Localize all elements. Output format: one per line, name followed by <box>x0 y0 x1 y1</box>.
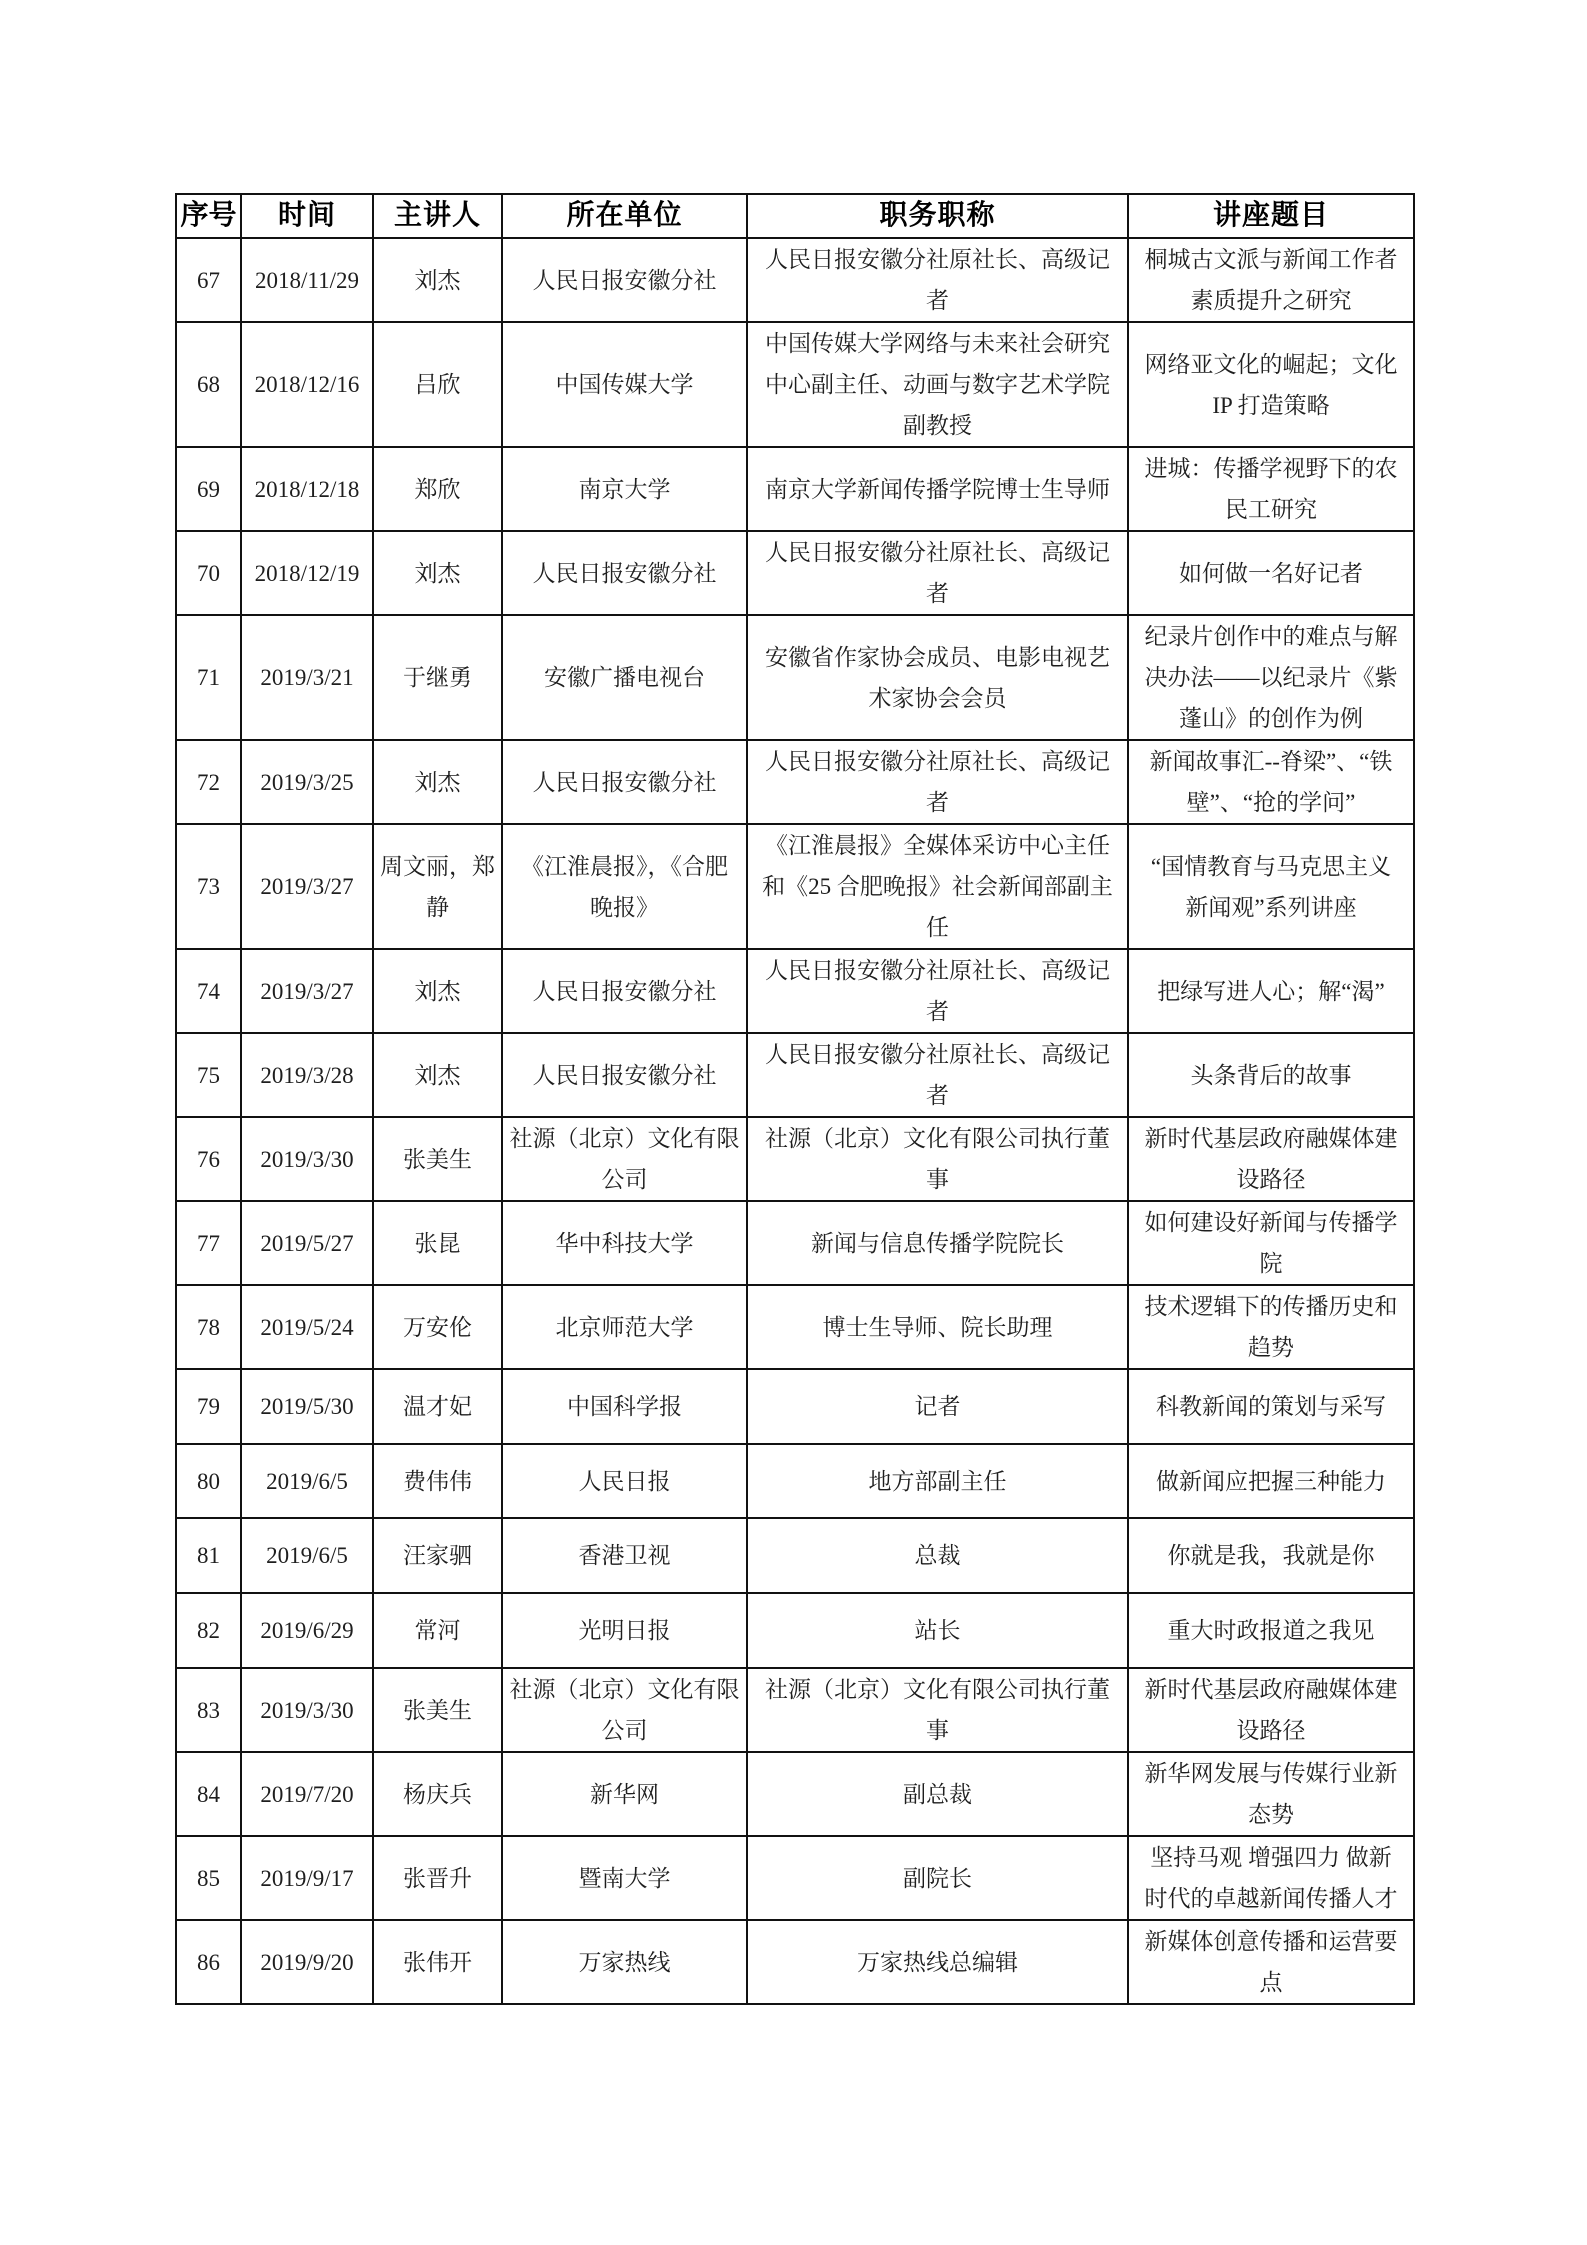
table-header-row: 序号 时间 主讲人 所在单位 职务职称 讲座题目 <box>176 194 1414 238</box>
speaker-position: 南京大学新闻传播学院博士生导师 <box>747 447 1128 531</box>
lecture-topic: 如何做一名好记者 <box>1128 531 1414 615</box>
speaker-name: 张伟开 <box>373 1920 502 2004</box>
row-number: 85 <box>176 1836 241 1920</box>
lecture-topic: 你就是我，我就是你 <box>1128 1518 1414 1593</box>
table-row: 762019/3/30张美生社源（北京）文化有限 公司社源（北京）文化有限公司执… <box>176 1117 1414 1201</box>
table-row: 822019/6/29常河光明日报站长重大时政报道之我见 <box>176 1593 1414 1668</box>
speaker-unit: 光明日报 <box>502 1593 747 1668</box>
speaker-position: 新闻与信息传播学院院长 <box>747 1201 1128 1285</box>
lecture-topic: 进城：传播学视野下的农 民工研究 <box>1128 447 1414 531</box>
lecture-topic: 纪录片创作中的难点与解 决办法——以纪录片《紫 蓬山》的创作为例 <box>1128 615 1414 740</box>
lecture-topic: 做新闻应把握三种能力 <box>1128 1444 1414 1518</box>
table-row: 842019/7/20杨庆兵新华网副总裁新华网发展与传媒行业新 态势 <box>176 1752 1414 1836</box>
lecture-topic: 坚持马观 增强四力 做新 时代的卓越新闻传播人才 <box>1128 1836 1414 1920</box>
row-number: 84 <box>176 1752 241 1836</box>
speaker-unit: 人民日报 <box>502 1444 747 1518</box>
lecture-topic: 新时代基层政府融媒体建 设路径 <box>1128 1117 1414 1201</box>
speaker-position: 《江淮晨报》全媒体采访中心主任 和《25 合肥晚报》社会新闻部副主 任 <box>747 824 1128 949</box>
speaker-unit: 南京大学 <box>502 447 747 531</box>
row-number: 73 <box>176 824 241 949</box>
row-number: 71 <box>176 615 241 740</box>
speaker-unit: 万家热线 <box>502 1920 747 2004</box>
lecture-date: 2019/5/24 <box>241 1285 373 1369</box>
lecture-date: 2019/3/27 <box>241 949 373 1033</box>
table-row: 722019/3/25刘杰人民日报安徽分社人民日报安徽分社原社长、高级记 者新闻… <box>176 740 1414 824</box>
lecture-topic: 科教新闻的策划与采写 <box>1128 1369 1414 1444</box>
lecture-date: 2019/3/25 <box>241 740 373 824</box>
speaker-position: 人民日报安徽分社原社长、高级记 者 <box>747 949 1128 1033</box>
row-number: 67 <box>176 238 241 322</box>
lecture-date: 2019/3/30 <box>241 1668 373 1752</box>
lecture-date: 2019/9/20 <box>241 1920 373 2004</box>
row-number: 82 <box>176 1593 241 1668</box>
row-number: 79 <box>176 1369 241 1444</box>
table-row: 852019/9/17张晋升暨南大学副院长坚持马观 增强四力 做新 时代的卓越新… <box>176 1836 1414 1920</box>
speaker-name: 费伟伟 <box>373 1444 502 1518</box>
speaker-name: 吕欣 <box>373 322 502 447</box>
speaker-name: 于继勇 <box>373 615 502 740</box>
table-row: 712019/3/21于继勇安徽广播电视台安徽省作家协会成员、电影电视艺 术家协… <box>176 615 1414 740</box>
row-number: 86 <box>176 1920 241 2004</box>
table-row: 672018/11/29刘杰人民日报安徽分社人民日报安徽分社原社长、高级记 者桐… <box>176 238 1414 322</box>
lecture-date: 2019/3/30 <box>241 1117 373 1201</box>
row-number: 81 <box>176 1518 241 1593</box>
speaker-name: 常河 <box>373 1593 502 1668</box>
speaker-position: 记者 <box>747 1369 1128 1444</box>
speaker-name: 刘杰 <box>373 531 502 615</box>
header-position: 职务职称 <box>747 194 1128 238</box>
lecture-topic: 新闻故事汇--脊梁”、“铁 壁”、“抢的学问” <box>1128 740 1414 824</box>
speaker-unit: 香港卫视 <box>502 1518 747 1593</box>
speaker-position: 社源（北京）文化有限公司执行董 事 <box>747 1117 1128 1201</box>
speaker-name: 汪家驷 <box>373 1518 502 1593</box>
speaker-position: 人民日报安徽分社原社长、高级记 者 <box>747 531 1128 615</box>
lecture-topic: 重大时政报道之我见 <box>1128 1593 1414 1668</box>
table-row: 772019/5/27张昆华中科技大学新闻与信息传播学院院长如何建设好新闻与传播… <box>176 1201 1414 1285</box>
lecture-topic: 桐城古文派与新闻工作者 素质提升之研究 <box>1128 238 1414 322</box>
row-number: 83 <box>176 1668 241 1752</box>
lecture-date: 2019/6/5 <box>241 1518 373 1593</box>
table-row: 802019/6/5费伟伟人民日报地方部副主任做新闻应把握三种能力 <box>176 1444 1414 1518</box>
table-row: 782019/5/24万安伦北京师范大学博士生导师、院长助理技术逻辑下的传播历史… <box>176 1285 1414 1369</box>
speaker-position: 人民日报安徽分社原社长、高级记 者 <box>747 1033 1128 1117</box>
speaker-unit: 《江淮晨报》，《合肥 晚报》 <box>502 824 747 949</box>
speaker-position: 人民日报安徽分社原社长、高级记 者 <box>747 740 1128 824</box>
lecture-date: 2019/3/21 <box>241 615 373 740</box>
speaker-name: 温才妃 <box>373 1369 502 1444</box>
speaker-position: 副院长 <box>747 1836 1128 1920</box>
speaker-position: 人民日报安徽分社原社长、高级记 者 <box>747 238 1128 322</box>
header-date: 时间 <box>241 194 373 238</box>
lecture-date: 2019/6/29 <box>241 1593 373 1668</box>
lecture-topic: 把绿写进人心；解“渴” <box>1128 949 1414 1033</box>
speaker-name: 刘杰 <box>373 949 502 1033</box>
row-number: 74 <box>176 949 241 1033</box>
speaker-unit: 社源（北京）文化有限 公司 <box>502 1668 747 1752</box>
lecture-date: 2019/5/27 <box>241 1201 373 1285</box>
speaker-name: 刘杰 <box>373 238 502 322</box>
row-number: 78 <box>176 1285 241 1369</box>
lecture-date: 2019/7/20 <box>241 1752 373 1836</box>
lecture-date: 2019/6/5 <box>241 1444 373 1518</box>
lecture-date: 2019/5/30 <box>241 1369 373 1444</box>
lecture-table: 序号 时间 主讲人 所在单位 职务职称 讲座题目 672018/11/29刘杰人… <box>175 193 1415 2005</box>
lecture-topic: 如何建设好新闻与传播学 院 <box>1128 1201 1414 1285</box>
lecture-topic: 网络亚文化的崛起；文化 IP 打造策略 <box>1128 322 1414 447</box>
speaker-position: 中国传媒大学网络与未来社会研究 中心副主任、动画与数字艺术学院 副教授 <box>747 322 1128 447</box>
speaker-position: 总裁 <box>747 1518 1128 1593</box>
table-row: 702018/12/19刘杰人民日报安徽分社人民日报安徽分社原社长、高级记 者如… <box>176 531 1414 615</box>
header-topic: 讲座题目 <box>1128 194 1414 238</box>
table-row: 692018/12/18郑欣南京大学南京大学新闻传播学院博士生导师进城：传播学视… <box>176 447 1414 531</box>
speaker-unit: 人民日报安徽分社 <box>502 1033 747 1117</box>
lecture-date: 2018/12/16 <box>241 322 373 447</box>
speaker-unit: 安徽广播电视台 <box>502 615 747 740</box>
row-number: 76 <box>176 1117 241 1201</box>
speaker-position: 博士生导师、院长助理 <box>747 1285 1128 1369</box>
speaker-position: 地方部副主任 <box>747 1444 1128 1518</box>
table-row: 752019/3/28刘杰人民日报安徽分社人民日报安徽分社原社长、高级记 者头条… <box>176 1033 1414 1117</box>
lecture-topic: 新时代基层政府融媒体建 设路径 <box>1128 1668 1414 1752</box>
speaker-name: 张晋升 <box>373 1836 502 1920</box>
lecture-date: 2019/9/17 <box>241 1836 373 1920</box>
speaker-unit: 人民日报安徽分社 <box>502 740 747 824</box>
lecture-topic: 技术逻辑下的传播历史和 趋势 <box>1128 1285 1414 1369</box>
speaker-name: 周文丽，郑 静 <box>373 824 502 949</box>
lecture-date: 2018/12/19 <box>241 531 373 615</box>
speaker-unit: 中国科学报 <box>502 1369 747 1444</box>
header-number: 序号 <box>176 194 241 238</box>
speaker-name: 杨庆兵 <box>373 1752 502 1836</box>
header-unit: 所在单位 <box>502 194 747 238</box>
row-number: 69 <box>176 447 241 531</box>
speaker-name: 刘杰 <box>373 740 502 824</box>
speaker-unit: 中国传媒大学 <box>502 322 747 447</box>
speaker-name: 万安伦 <box>373 1285 502 1369</box>
row-number: 68 <box>176 322 241 447</box>
table-body: 672018/11/29刘杰人民日报安徽分社人民日报安徽分社原社长、高级记 者桐… <box>176 238 1414 2004</box>
row-number: 77 <box>176 1201 241 1285</box>
speaker-name: 刘杰 <box>373 1033 502 1117</box>
speaker-unit: 人民日报安徽分社 <box>502 949 747 1033</box>
speaker-position: 安徽省作家协会成员、电影电视艺 术家协会会员 <box>747 615 1128 740</box>
row-number: 75 <box>176 1033 241 1117</box>
table-row: 792019/5/30温才妃中国科学报记者科教新闻的策划与采写 <box>176 1369 1414 1444</box>
table-row: 682018/12/16吕欣中国传媒大学中国传媒大学网络与未来社会研究 中心副主… <box>176 322 1414 447</box>
header-speaker: 主讲人 <box>373 194 502 238</box>
speaker-position: 副总裁 <box>747 1752 1128 1836</box>
table-row: 862019/9/20张伟开万家热线万家热线总编辑新媒体创意传播和运营要 点 <box>176 1920 1414 2004</box>
speaker-unit: 暨南大学 <box>502 1836 747 1920</box>
table-row: 742019/3/27刘杰人民日报安徽分社人民日报安徽分社原社长、高级记 者把绿… <box>176 949 1414 1033</box>
speaker-unit: 华中科技大学 <box>502 1201 747 1285</box>
lecture-date: 2018/11/29 <box>241 238 373 322</box>
speaker-unit: 社源（北京）文化有限 公司 <box>502 1117 747 1201</box>
lecture-topic: “国情教育与马克思主义 新闻观”系列讲座 <box>1128 824 1414 949</box>
speaker-unit: 人民日报安徽分社 <box>502 531 747 615</box>
speaker-unit: 北京师范大学 <box>502 1285 747 1369</box>
speaker-name: 张美生 <box>373 1668 502 1752</box>
lecture-date: 2019/3/27 <box>241 824 373 949</box>
lecture-date: 2019/3/28 <box>241 1033 373 1117</box>
lecture-date: 2018/12/18 <box>241 447 373 531</box>
lecture-topic: 头条背后的故事 <box>1128 1033 1414 1117</box>
table-row: 832019/3/30张美生社源（北京）文化有限 公司社源（北京）文化有限公司执… <box>176 1668 1414 1752</box>
row-number: 70 <box>176 531 241 615</box>
lecture-topic: 新华网发展与传媒行业新 态势 <box>1128 1752 1414 1836</box>
speaker-unit: 人民日报安徽分社 <box>502 238 747 322</box>
speaker-name: 张昆 <box>373 1201 502 1285</box>
row-number: 80 <box>176 1444 241 1518</box>
table-row: 732019/3/27周文丽，郑 静《江淮晨报》，《合肥 晚报》《江淮晨报》全媒… <box>176 824 1414 949</box>
table-row: 812019/6/5汪家驷香港卫视总裁你就是我，我就是你 <box>176 1518 1414 1593</box>
speaker-position: 站长 <box>747 1593 1128 1668</box>
speaker-name: 郑欣 <box>373 447 502 531</box>
speaker-unit: 新华网 <box>502 1752 747 1836</box>
document-page: 序号 时间 主讲人 所在单位 职务职称 讲座题目 672018/11/29刘杰人… <box>0 0 1587 2245</box>
speaker-position: 万家热线总编辑 <box>747 1920 1128 2004</box>
lecture-topic: 新媒体创意传播和运营要 点 <box>1128 1920 1414 2004</box>
row-number: 72 <box>176 740 241 824</box>
speaker-position: 社源（北京）文化有限公司执行董 事 <box>747 1668 1128 1752</box>
speaker-name: 张美生 <box>373 1117 502 1201</box>
